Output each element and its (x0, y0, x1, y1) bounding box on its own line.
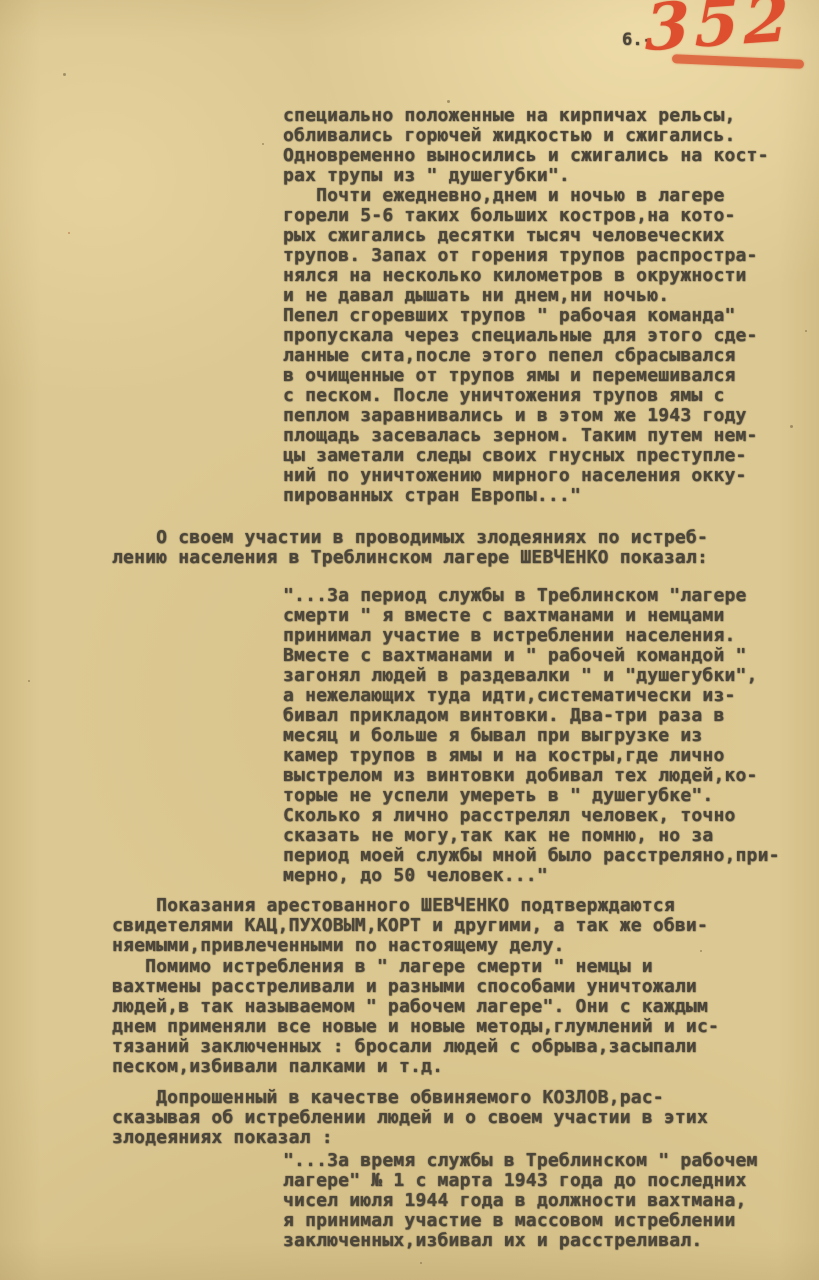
paper-speck (180, 1120, 182, 1122)
indented-quote-block-cremation: специально положенные на кирпичах рельсы… (283, 106, 769, 506)
indented-quote-block-shevchenko-testimony: "...За период службы в Треблинском "лаге… (283, 586, 780, 886)
paper-speck (262, 143, 264, 145)
paragraph-witness-confirmation: Показания арестованного ШЕВЧЕНКО подтвер… (112, 896, 708, 956)
paper-speck (68, 232, 70, 234)
paper-speck (63, 73, 66, 76)
paper-speck (790, 425, 793, 428)
paper-speck (700, 950, 702, 952)
paper-speck (420, 1262, 422, 1264)
paragraph-kozlov-intro: Допрошенный в качестве обвиняемого КОЗЛО… (112, 1088, 708, 1148)
indented-quote-block-kozlov-testimony: "...За время службы в Треблинском " рабо… (283, 1151, 758, 1251)
paragraph-work-camp-atrocities: Помимо истребления в " лагере смерти " н… (112, 957, 719, 1077)
paper-speck (805, 330, 807, 332)
paragraph-shevchenko-intro: О своем участии в проводимых злодеяниях … (112, 528, 708, 568)
paper-speck (447, 100, 450, 103)
document-page: 6.- 352 специально положенные на кирпича… (0, 0, 819, 1280)
paper-speck (28, 680, 30, 682)
